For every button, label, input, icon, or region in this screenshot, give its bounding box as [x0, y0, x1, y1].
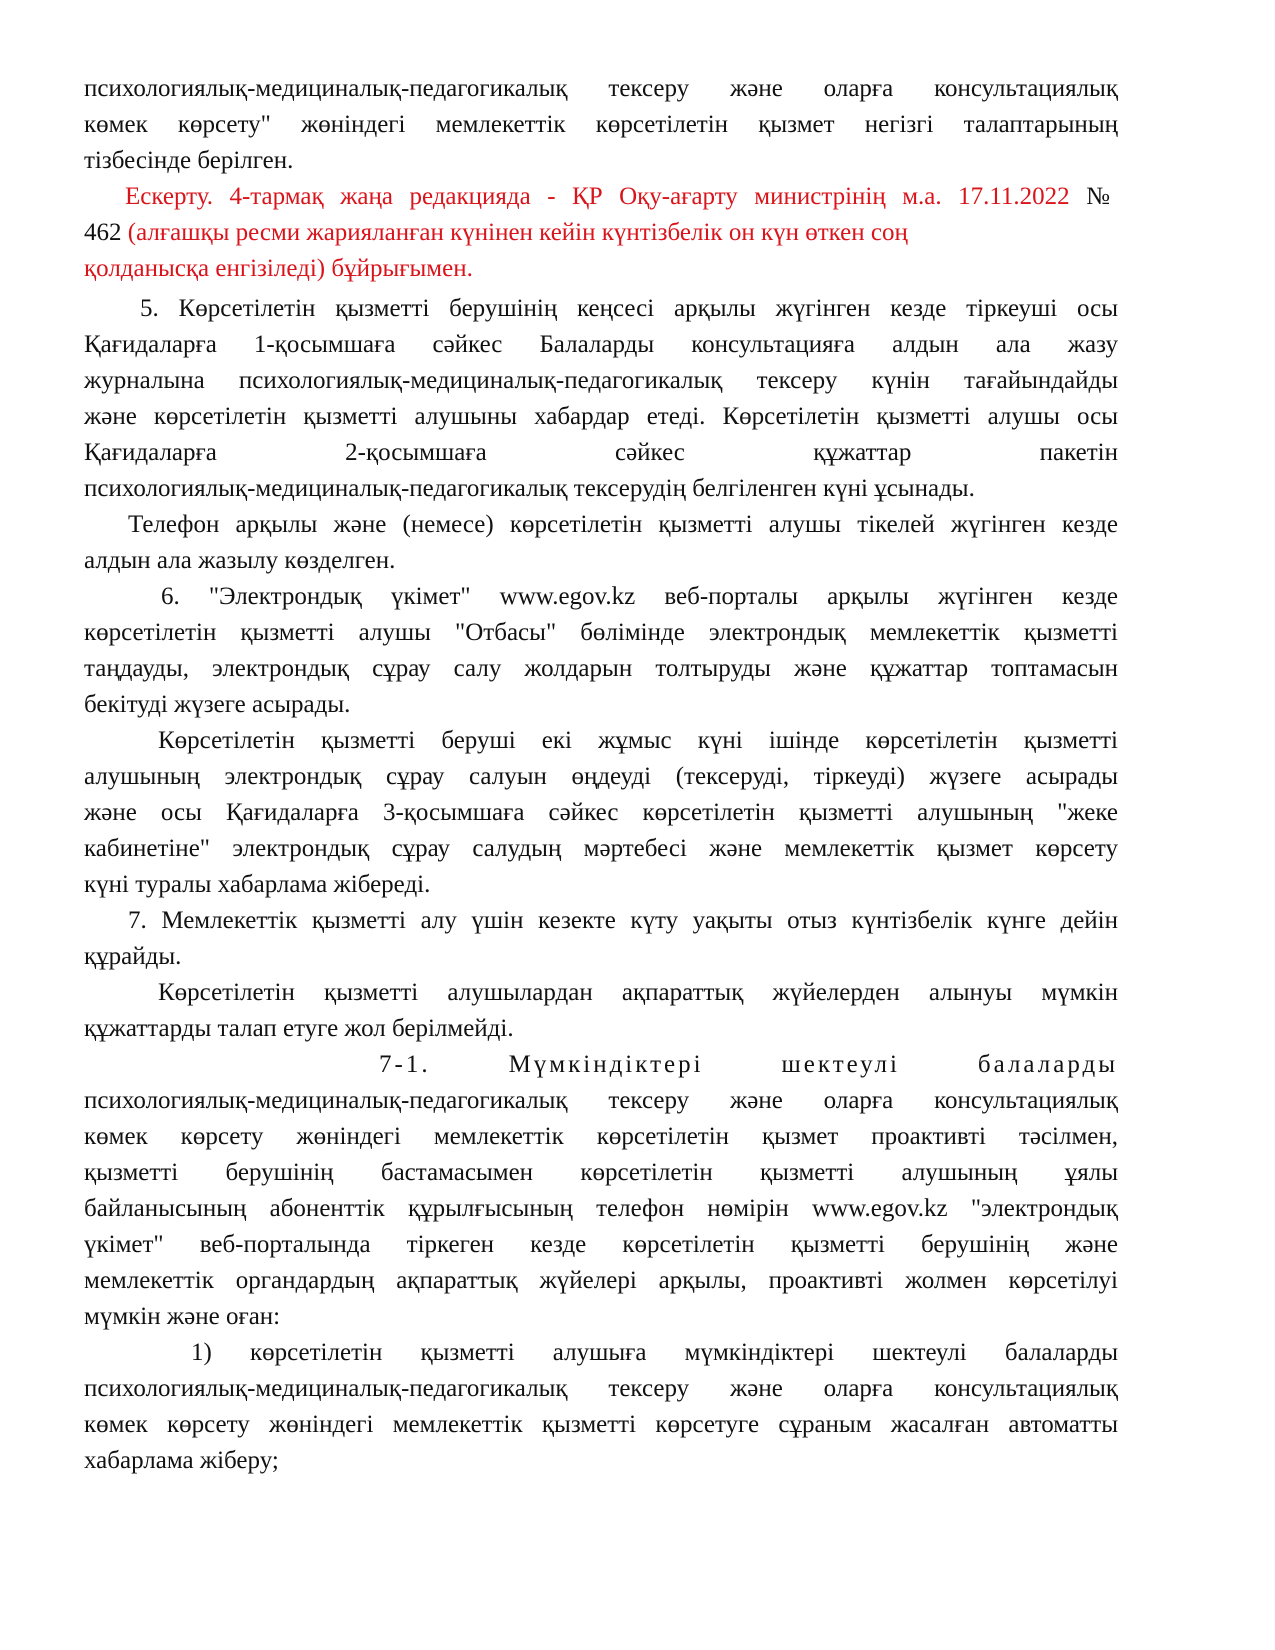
note-text: Ескерту. 4-тармақ жаңа редакцияда - ҚР О…	[125, 183, 1070, 210]
text-line: алушының электрондық сұрау салуын өңдеуд…	[84, 759, 1118, 795]
note-line-3: қолданысқа енгізіледі) бұйрығымен.	[84, 251, 1118, 287]
text-line: құрайды.	[84, 939, 1118, 975]
text-line: тізбесінде берілген.	[84, 143, 1118, 179]
text-line: психологиялық-медициналық-педагогикалық …	[84, 1371, 1118, 1407]
order-number: 462	[84, 219, 122, 246]
text-line: үкімет" веб-порталында тіркеген кезде кө…	[84, 1227, 1118, 1263]
text-line: құжаттарды талап етуге жол берілмейді.	[84, 1011, 1118, 1047]
text-line: кабинетіне" электрондық сұрау салудың мә…	[84, 831, 1118, 867]
text-line: күні туралы хабарлама жібереді.	[84, 867, 1118, 903]
text-line: көмек көрсету жөніндегі мемлекеттік көрс…	[84, 1119, 1118, 1155]
text-line: көмек көрсету жөніндегі мемлекеттік қызм…	[84, 1407, 1118, 1443]
text-line: 1) көрсетілетін қызметті алушыға мүмкінд…	[191, 1335, 1118, 1371]
text-line: және көрсетілетін қызметті алушыны хабар…	[84, 399, 1118, 435]
text-line: 6. "Электрондық үкімет" www.egov.kz веб-…	[161, 579, 1118, 615]
number-sign: №	[1086, 183, 1110, 210]
text-line: Қағидаларға 1-қосымшаға сәйкес Балаларды…	[84, 327, 1118, 363]
text-line: қызметті берушінің бастамасымен көрсетіл…	[84, 1155, 1118, 1191]
text-line: және осы Қағидаларға 3-қосымшаға сәйкес …	[84, 795, 1118, 831]
text-line: бекітуді жүзеге асырады.	[84, 687, 1118, 723]
text-line: көмек көрсету" жөніндегі мемлекеттік көр…	[84, 107, 1118, 143]
text-line: көрсетілетін қызметті алушы "Отбасы" бөл…	[84, 615, 1118, 651]
note-line-1: Ескерту. 4-тармақ жаңа редакцияда - ҚР О…	[125, 179, 1110, 215]
text-line: таңдауды, электрондық сұрау салу жолдары…	[84, 651, 1118, 687]
note-text: (алғашқы ресми жарияланған күнінен кейін…	[128, 219, 908, 246]
text-line: психологиялық-медициналық-педагогикалық …	[84, 471, 1118, 507]
text-line: Қағидаларға 2-қосымшаға сәйкес құжаттар …	[84, 435, 1118, 471]
text-line: алдын ала жазылу көзделген.	[84, 543, 1118, 579]
text-line: Көрсетілетін қызметті беруші екі жұмыс к…	[158, 723, 1118, 759]
text-line: психологиялық-медициналық-педагогикалық …	[84, 1083, 1118, 1119]
text-line: журналына психологиялық-медициналық-педа…	[84, 363, 1118, 399]
note-line-2: 462 (алғашқы ресми жарияланған күнінен к…	[84, 215, 1118, 251]
text-line: 7-1. Мүмкіндіктері шектеулі балаларды	[379, 1047, 1118, 1083]
text-line: мүмкін және оған:	[84, 1299, 1118, 1335]
text-line: Телефон арқылы және (немесе) көрсетілеті…	[128, 507, 1118, 543]
text-line: Көрсетілетін қызметті алушылардан ақпара…	[158, 975, 1118, 1011]
document-page: психологиялық-медициналық-педагогикалық …	[0, 0, 1275, 1650]
text-line: хабарлама жіберу;	[84, 1443, 1118, 1479]
text-line: байланысының абоненттік құрылғысының тел…	[84, 1191, 1118, 1227]
text-line: 7. Мемлекеттік қызметті алу үшін кезекте…	[128, 903, 1118, 939]
text-line: психологиялық-медициналық-педагогикалық …	[84, 71, 1118, 107]
text-line: 5. Көрсетілетін қызметті берушінің кеңсе…	[140, 291, 1118, 327]
text-line: мемлекеттік органдардың ақпараттық жүйел…	[84, 1263, 1118, 1299]
